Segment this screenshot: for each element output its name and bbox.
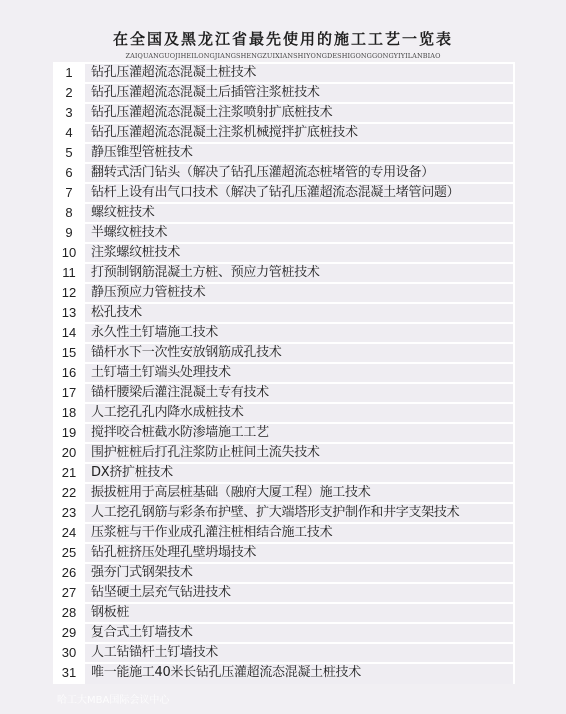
- table-row: 30人工钻锚杆土钉墙技术: [55, 644, 513, 664]
- technique-name: 钻坚硬土层充气钻进技术: [85, 584, 513, 602]
- technique-name: 钻孔压灌超流态混凝土桩技术: [85, 64, 513, 82]
- table-row: 22振拔桩用于高层桩基础（融府大厦工程）施工技术: [55, 484, 513, 504]
- technique-name: 半螺纹桩技术: [85, 224, 513, 242]
- table-row: 24压浆桩与干作业成孔灌注桩相结合施工技术: [55, 524, 513, 544]
- row-number: 15: [55, 344, 85, 362]
- technique-name: 围护桩桩后打孔注浆防止桩间土流失技术: [85, 444, 513, 462]
- row-number: 26: [55, 564, 85, 582]
- row-number: 8: [55, 204, 85, 222]
- row-number: 7: [55, 184, 85, 202]
- row-number: 16: [55, 364, 85, 382]
- technique-name: 翻转式活门钻头（解决了钻孔压灌超流态桩堵管的专用设备）: [85, 164, 513, 182]
- table-row: 31唯一能施工40米长钻孔压灌超流态混凝土桩技术: [55, 664, 513, 684]
- technique-name: 锚杆水下一次性安放钢筋成孔技术: [85, 344, 513, 362]
- technique-name: 人工挖孔钢筋与彩条布护壁、扩大端塔形支护制作和井字支架技术: [85, 504, 513, 522]
- row-number: 21: [55, 464, 85, 482]
- technique-name: 强夯门式钢架技术: [85, 564, 513, 582]
- table-row: 21DX挤扩桩技术: [55, 464, 513, 484]
- row-number: 28: [55, 604, 85, 622]
- technique-name: 钻孔压灌超流态混凝土后插管注浆桩技术: [85, 84, 513, 102]
- technique-name: 静压预应力管桩技术: [85, 284, 513, 302]
- techniques-table: 1钻孔压灌超流态混凝土桩技术2钻孔压灌超流态混凝土后插管注浆桩技术3钻孔压灌超流…: [53, 62, 515, 684]
- table-row: 2钻孔压灌超流态混凝土后插管注浆桩技术: [55, 84, 513, 104]
- technique-name: 静压锥型管桩技术: [85, 144, 513, 162]
- table-row: 3钻孔压灌超流态混凝土注浆喷射扩底桩技术: [55, 104, 513, 124]
- technique-name: 松孔技术: [85, 304, 513, 322]
- document-header: 在全国及黑龙江省最先使用的施工工艺一览表 ZAIQUANGUOJIHEILONG…: [0, 29, 566, 61]
- row-number: 23: [55, 504, 85, 522]
- row-number: 17: [55, 384, 85, 402]
- technique-name: 人工钻锚杆土钉墙技术: [85, 644, 513, 662]
- table-row: 17锚杆腰梁后灌注混凝土专有技术: [55, 384, 513, 404]
- technique-name: 土钉墙土钉端头处理技术: [85, 364, 513, 382]
- technique-name: 钢板桩: [85, 604, 513, 622]
- technique-name: 打预制钢筋混凝土方桩、预应力管桩技术: [85, 264, 513, 282]
- technique-name: 钻孔压灌超流态混凝土注浆机械搅拌扩底桩技术: [85, 124, 513, 142]
- table-row: 28钢板桩: [55, 604, 513, 624]
- table-row: 20围护桩桩后打孔注浆防止桩间土流失技术: [55, 444, 513, 464]
- table-row: 23人工挖孔钢筋与彩条布护壁、扩大端塔形支护制作和井字支架技术: [55, 504, 513, 524]
- row-number: 30: [55, 644, 85, 662]
- table-row: 1钻孔压灌超流态混凝土桩技术: [55, 64, 513, 84]
- table-row: 16土钉墙土钉端头处理技术: [55, 364, 513, 384]
- row-number: 11: [55, 264, 85, 282]
- table-row: 25钻孔桩挤压处理孔壁坍塌技术: [55, 544, 513, 564]
- row-number: 25: [55, 544, 85, 562]
- table-row: 19搅拌咬合桩截水防渗墙施工工艺: [55, 424, 513, 444]
- table-row: 13松孔技术: [55, 304, 513, 324]
- table-row: 27钻坚硬土层充气钻进技术: [55, 584, 513, 604]
- table-row: 11打预制钢筋混凝土方桩、预应力管桩技术: [55, 264, 513, 284]
- table-row: 18人工挖孔孔内降水成桩技术: [55, 404, 513, 424]
- row-number: 5: [55, 144, 85, 162]
- row-number: 10: [55, 244, 85, 262]
- row-number: 12: [55, 284, 85, 302]
- technique-name: 螺纹桩技术: [85, 204, 513, 222]
- technique-name: 锚杆腰梁后灌注混凝土专有技术: [85, 384, 513, 402]
- table-row: 14永久性土钉墙施工技术: [55, 324, 513, 344]
- table-row: 6翻转式活门钻头（解决了钻孔压灌超流态桩堵管的专用设备）: [55, 164, 513, 184]
- row-number: 3: [55, 104, 85, 122]
- watermark: 哈工大MBA国际会议中心: [57, 691, 169, 706]
- technique-name: 钻孔桩挤压处理孔壁坍塌技术: [85, 544, 513, 562]
- row-number: 13: [55, 304, 85, 322]
- technique-name: 钻孔压灌超流态混凝土注浆喷射扩底桩技术: [85, 104, 513, 122]
- row-number: 2: [55, 84, 85, 102]
- technique-name: DX挤扩桩技术: [85, 464, 513, 482]
- page-title: 在全国及黑龙江省最先使用的施工工艺一览表: [0, 29, 566, 49]
- table-row: 10注浆螺纹桩技术: [55, 244, 513, 264]
- row-number: 6: [55, 164, 85, 182]
- technique-name: 搅拌咬合桩截水防渗墙施工工艺: [85, 424, 513, 442]
- row-number: 31: [55, 664, 85, 684]
- row-number: 18: [55, 404, 85, 422]
- row-number: 9: [55, 224, 85, 242]
- technique-name: 压浆桩与干作业成孔灌注桩相结合施工技术: [85, 524, 513, 542]
- row-number: 24: [55, 524, 85, 542]
- technique-name: 复合式土钉墙技术: [85, 624, 513, 642]
- pinyin-subtitle: ZAIQUANGUOJIHEILONGJIANGSHENGZUIXIANSHIY…: [0, 51, 566, 61]
- row-number: 20: [55, 444, 85, 462]
- row-number: 19: [55, 424, 85, 442]
- table-row: 5静压锥型管桩技术: [55, 144, 513, 164]
- technique-name: 唯一能施工40米长钻孔压灌超流态混凝土桩技术: [85, 664, 513, 684]
- technique-name: 钻杆上设有出气口技术（解决了钻孔压灌超流态混凝土堵管问题）: [85, 184, 513, 202]
- technique-name: 人工挖孔孔内降水成桩技术: [85, 404, 513, 422]
- table-row: 12静压预应力管桩技术: [55, 284, 513, 304]
- table-row: 9半螺纹桩技术: [55, 224, 513, 244]
- table-row: 4钻孔压灌超流态混凝土注浆机械搅拌扩底桩技术: [55, 124, 513, 144]
- technique-name: 注浆螺纹桩技术: [85, 244, 513, 262]
- row-number: 27: [55, 584, 85, 602]
- table-row: 15锚杆水下一次性安放钢筋成孔技术: [55, 344, 513, 364]
- technique-name: 振拔桩用于高层桩基础（融府大厦工程）施工技术: [85, 484, 513, 502]
- row-number: 14: [55, 324, 85, 342]
- table-row: 29复合式土钉墙技术: [55, 624, 513, 644]
- table-row: 7钻杆上设有出气口技术（解决了钻孔压灌超流态混凝土堵管问题）: [55, 184, 513, 204]
- table-row: 26强夯门式钢架技术: [55, 564, 513, 584]
- technique-name: 永久性土钉墙施工技术: [85, 324, 513, 342]
- row-number: 4: [55, 124, 85, 142]
- table-row: 8螺纹桩技术: [55, 204, 513, 224]
- row-number: 22: [55, 484, 85, 502]
- row-number: 29: [55, 624, 85, 642]
- row-number: 1: [55, 64, 85, 82]
